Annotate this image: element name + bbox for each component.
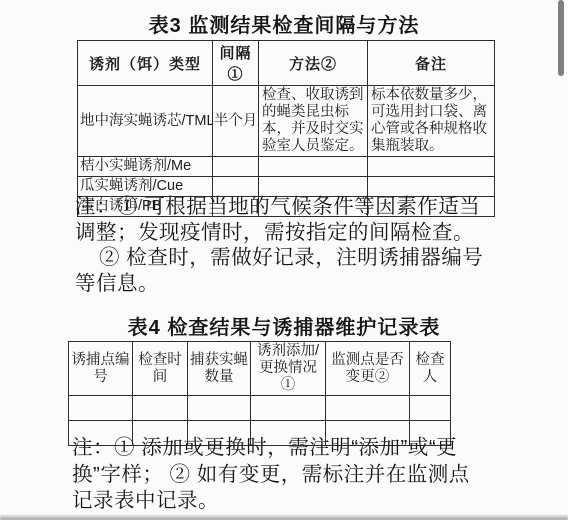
table4-header-inspector: 检查人 [410, 342, 451, 396]
table3-row: 地中海实蝇诱芯/TML 半个月 检查、收取诱到的蝇类昆虫标本，并及时交实验室人员… [78, 86, 495, 157]
note-line: 等信息。 [75, 271, 563, 297]
table4-header-row: 诱捕点编号 检查时间 捕获实蝇数量 诱剂添加/更换情况① 监测点是否变更② 检查… [69, 342, 451, 396]
table4-inspection-record: 诱捕点编号 检查时间 捕获实蝇数量 诱剂添加/更换情况① 监测点是否变更② 检查… [68, 341, 451, 446]
table4-empty-cell [326, 396, 410, 421]
table3-header-row: 诱剂（饵）类型 间隔① 方法② 备注 [78, 41, 495, 86]
table3-row: 桔小实蝇诱剂/Me [78, 157, 495, 177]
table4-empty-cell [251, 396, 326, 421]
photo-bottom-edge [0, 514, 568, 520]
table3-header-interval: 间隔① [213, 41, 259, 86]
table4-header-trap-point-no: 诱捕点编号 [69, 342, 133, 396]
table3-monitoring-interval-method: 诱剂（饵）类型 间隔① 方法② 备注 地中海实蝇诱芯/TML 半个月 检查、收取… [77, 40, 495, 217]
table4-empty-cell [69, 396, 133, 421]
table3-header-type: 诱剂（饵）类型 [78, 41, 213, 86]
table4-header-fly-count: 捕获实蝇数量 [188, 342, 251, 396]
note-line: 调整；发现疫情时，需按指定的间隔检查。 [75, 220, 563, 246]
table3-cell-type: 桔小实蝇诱剂/Me [78, 157, 213, 177]
table4-header-lure-change: 诱剂添加/更换情况① [251, 342, 326, 396]
note-line: 换”字样； ② 如有变更，需标注并在监测点 [72, 462, 562, 489]
table4-header-point-changed: 监测点是否变更② [326, 342, 410, 396]
table3-cell-method [259, 157, 368, 177]
table3-title: 表3 监测结果检查间隔与方法 [0, 9, 568, 38]
table4-empty-cell [410, 396, 451, 421]
table4-empty-cell [188, 396, 251, 421]
scrollbar-thumb[interactable] [558, 0, 564, 76]
note-line: 记录表中记录。 [72, 488, 562, 515]
table4-notes: 注：① 添加或更换时，需注明“添加”或“更 换”字样； ② 如有变更，需标注并在… [72, 435, 562, 515]
table3-header-remark: 备注 [368, 41, 495, 86]
table3-cell-remark [368, 157, 495, 177]
table3-header-method: 方法② [259, 41, 368, 86]
table3-cell-remark: 标本依数量多少，可选用封口袋、离心管或各种规格收集瓶装取。 [368, 86, 495, 157]
table4-header-check-time: 检查时间 [133, 342, 188, 396]
table3-cell-interval: 半个月 [213, 86, 259, 157]
table3-cell-method: 检查、收取诱到的蝇类昆虫标本，并及时交实验室人员鉴定。 [259, 86, 368, 157]
document-page: 表3 监测结果检查间隔与方法 诱剂（饵）类型 间隔① 方法② 备注 地中海实蝇诱… [0, 0, 568, 520]
table4-empty-row [69, 396, 451, 421]
table3-cell-type: 地中海实蝇诱芯/TML [78, 86, 213, 157]
table4-empty-cell [133, 396, 188, 421]
note-line: 注：① 可根据当地的气候条件等因素作适当 [75, 194, 563, 220]
table3-notes: 注：① 可根据当地的气候条件等因素作适当 调整；发现疫情时，需按指定的间隔检查。… [75, 194, 563, 296]
table4-title: 表4 检查结果与诱捕器维护记录表 [0, 311, 568, 340]
note-line: ② 检查时，需做好记录，注明诱捕器编号 [75, 245, 563, 271]
table3-cell-interval [213, 157, 259, 177]
note-line: 注：① 添加或更换时，需注明“添加”或“更 [72, 435, 562, 462]
